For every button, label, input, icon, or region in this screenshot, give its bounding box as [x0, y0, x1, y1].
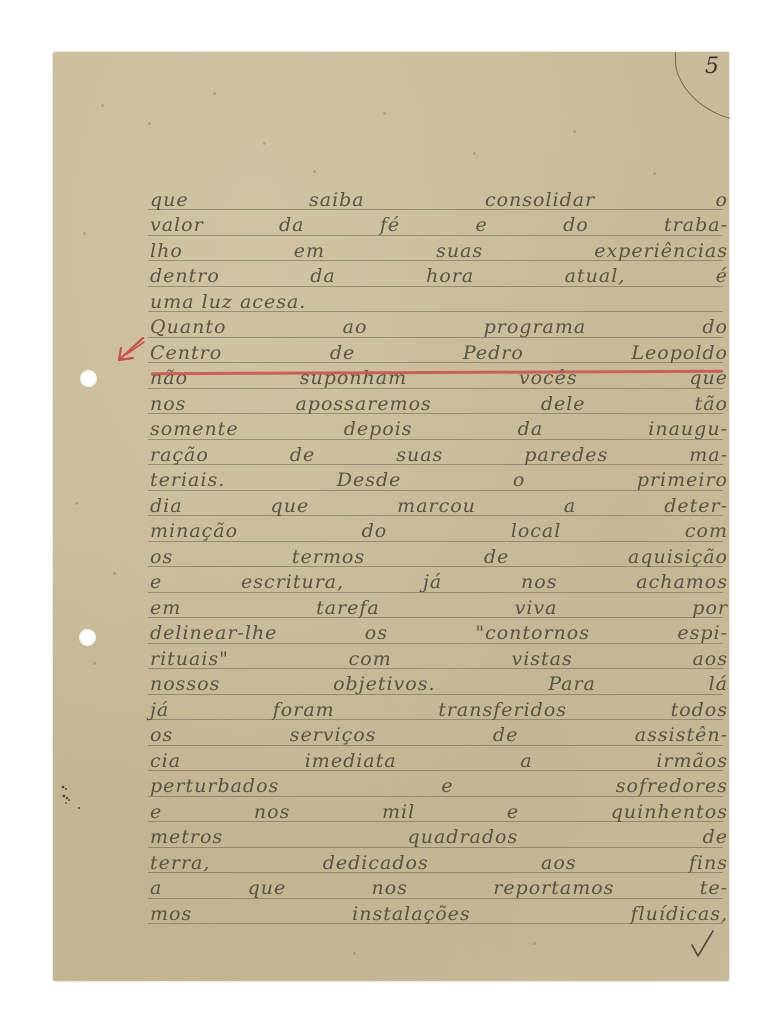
paper-speck — [263, 142, 266, 145]
handwritten-line: somente depois da inaugu- — [150, 417, 728, 441]
paper-speck — [83, 232, 86, 235]
punch-hole-upper — [80, 370, 97, 387]
handwritten-line: delinear-lhe os "contornos espi- — [150, 621, 728, 645]
handwritten-line: lho em suas experiências — [150, 239, 728, 263]
handwritten-line: nos apossaremos dele tão — [150, 392, 728, 416]
handwritten-line: e nos mil e quinhentos — [150, 800, 728, 824]
paper-speck — [101, 104, 104, 107]
handwritten-line: Quanto ao programa do — [150, 315, 728, 339]
handwritten-line: uma luz acesa. — [150, 290, 728, 314]
handwritten-line: dia que marcou a deter- — [150, 494, 728, 518]
paper-speck — [533, 942, 536, 945]
paper-speck — [93, 662, 96, 665]
handwritten-line: os termos de aquisição — [150, 545, 728, 569]
paper-speck — [113, 572, 116, 575]
paper-speck — [313, 170, 316, 173]
handwritten-line: que saiba consolidar o — [150, 188, 728, 212]
ink-stain-mark — [57, 782, 83, 812]
manuscript-page: 5 que saiba consolidar o valor da fé e d… — [53, 52, 729, 981]
paper-speck — [573, 130, 576, 133]
corner-curve-mark — [675, 52, 730, 119]
paper-speck — [473, 152, 476, 155]
handwritten-line: cia imediata a irmãos — [150, 749, 728, 773]
handwritten-line: em tarefa viva por — [150, 596, 728, 620]
handwritten-line: nossos objetivos. Para lá — [150, 672, 728, 696]
handwritten-line: Centro de Pedro Leopoldo — [150, 341, 728, 365]
paper-speck — [148, 122, 151, 125]
handwritten-line: terra, dedicados aos fins — [150, 851, 728, 875]
handwritten-line: minação do local com — [150, 519, 728, 543]
paper-speck — [213, 92, 216, 95]
red-arrow-icon — [113, 336, 147, 364]
paper-speck — [75, 502, 78, 505]
paper-speck — [383, 112, 386, 115]
punch-hole-lower — [79, 629, 96, 646]
handwritten-line: dentro da hora atual, é — [150, 264, 728, 288]
paper-speck — [353, 952, 356, 955]
handwritten-line: teriais. Desde o primeiro — [150, 468, 728, 492]
handwritten-line: os serviços de assistên- — [150, 723, 728, 747]
handwritten-line: valor da fé e do traba- — [150, 213, 728, 237]
handwritten-line: metros quadrados de — [150, 825, 728, 849]
handwritten-line: já foram transferidos todos — [150, 698, 728, 722]
handwritten-line: perturbados e sofredores — [150, 774, 728, 798]
page-number: 5 — [705, 54, 719, 79]
check-mark-icon — [689, 929, 715, 959]
handwritten-line: rituais" com vistas aos — [150, 647, 728, 671]
handwritten-line: ração de suas paredes ma- — [150, 443, 728, 467]
handwritten-line: a que nos reportamos te- — [150, 876, 728, 900]
handwritten-line: e escritura, já nos achamos — [150, 570, 728, 594]
handwritten-line: mos instalações fluídicas, — [150, 902, 728, 926]
paper-speck — [653, 172, 656, 175]
